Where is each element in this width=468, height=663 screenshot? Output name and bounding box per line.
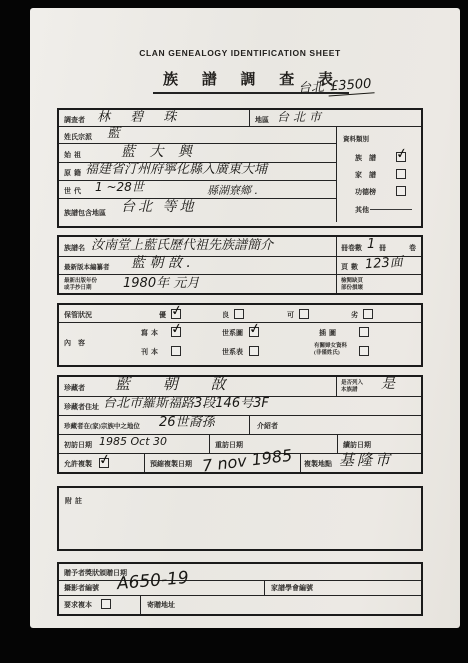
compiler-value: 藍 朝 敔 .	[131, 256, 191, 270]
keep-option-excellent: 優	[159, 310, 166, 320]
keep-option-good: 良	[222, 310, 229, 320]
keep-good-checkbox	[234, 309, 244, 319]
survey-info-box: 調查者 林 碧 珠 地區 台北市 姓氏宗派 藍 始祖 藍 大 興 原籍 福建省汀…	[57, 108, 423, 228]
content-lineage-table-checkbox	[249, 346, 259, 356]
copy-request-checkbox	[101, 599, 111, 609]
first-visit-value: 1985 Oct 30	[99, 436, 167, 447]
second-visit-label: 重訪日期	[215, 440, 243, 450]
content-illustration-checkbox	[359, 327, 369, 337]
listed-in-genealogy-value: 是	[381, 377, 395, 391]
photographer-number-value: A650-19	[116, 570, 189, 593]
generation-value: 1 ~28世	[95, 181, 144, 193]
pages-label: 頁數	[341, 262, 361, 272]
content-lineage-chart-label: 世系圖	[222, 328, 243, 338]
content-women-data-label: 有關婦女資料 (非僅姓氏)	[314, 343, 347, 357]
generation-extra-note: 縣湖寮鄉 .	[207, 185, 258, 196]
listed-in-genealogy-label: 是否列入 本族譜	[341, 380, 363, 394]
volume-unit-juan: 卷	[409, 243, 416, 253]
handwritten-catalog-number: 台北 £3500	[298, 77, 374, 95]
keep-option-fair: 可	[287, 310, 294, 320]
owner-address-label: 珍藏者住址	[64, 402, 99, 412]
third-visit-label: 續訪日期	[343, 440, 371, 450]
catalog-number: £3500	[328, 76, 374, 96]
mailing-address-label: 寄贈地址	[147, 600, 175, 610]
origin-value: 福建省汀州府寧化縣入廣東大埔	[85, 163, 267, 176]
owner-visit-box: 珍藏者 藍 朝 敔 是否列入 本族譜 是 珍藏者住址 台北市羅斯福路3段146号…	[57, 375, 423, 474]
scanned-form-page: CLAN GENEALOGY IDENTIFICATION SHEET 族 譜 …	[30, 8, 460, 628]
keep-condition-label: 保管狀況	[64, 310, 92, 320]
keep-option-poor: 劣	[351, 310, 358, 320]
volume-count-label: 冊卷數	[341, 243, 362, 253]
category-option-label: 功德榜	[355, 187, 376, 197]
keep-poor-checkbox	[363, 309, 373, 319]
origin-label: 原籍	[64, 168, 84, 178]
content-printed-checkbox	[171, 346, 181, 356]
content-illustration-label: 插圖	[319, 328, 339, 338]
copy-place-value: 基隆市	[339, 453, 393, 468]
pubdate-value: 1980年 元月	[123, 277, 199, 290]
notes-box: 附註	[57, 486, 423, 551]
category-label: 資料類別	[343, 134, 369, 143]
catalog-city: 台北	[298, 80, 325, 97]
content-manuscript-checkbox	[171, 327, 181, 337]
category-merit-checkbox	[396, 186, 406, 196]
compiler-label: 最新版本編纂者	[64, 262, 110, 271]
category-jiapu-checkbox	[396, 169, 406, 179]
damage-label: 檢閱缺頁 部份損壞	[341, 278, 363, 292]
genealogy-info-box: 族譜名 汝南堂上藍氏歷代祖先族譜簡介 冊卷數 1 冊 卷 最新版本編纂者 藍 朝…	[57, 235, 423, 295]
clan-label: 姓氏宗派	[64, 132, 92, 142]
region-label: 地區	[255, 115, 269, 125]
category-option-label: 族譜	[355, 153, 383, 163]
genealogy-name-label: 族譜名	[64, 243, 85, 253]
ancestor-value: 藍 大 興	[121, 145, 197, 159]
content-women-data-checkbox	[359, 346, 369, 356]
owner-position-label: 珍藏者在(家)宗族中之地位	[64, 421, 140, 430]
coverage-value: 台北 等地	[121, 200, 196, 214]
microfilm-scan-background: { "header": { "english_title": "CLAN GEN…	[0, 0, 468, 663]
owner-position-value: 26世裔孫	[159, 416, 215, 429]
volume-unit-ce: 冊	[379, 243, 386, 253]
content-label: 內容	[64, 338, 92, 348]
keep-fair-checkbox	[299, 309, 309, 319]
copy-place-label: 複製地點	[304, 459, 332, 469]
category-option-label: 家譜	[355, 170, 383, 180]
owner-label: 珍藏者	[64, 383, 85, 393]
photographer-number-label: 攝影者編號	[64, 583, 99, 593]
notes-label: 附註	[65, 496, 85, 506]
first-visit-label: 初訪日期	[64, 440, 92, 450]
pages-value: 123面	[365, 256, 404, 272]
admin-box: 贈予者獎狀頒贈日期 攝影者編號 A650-19 家譜學會編號 要求複本 寄贈地址	[57, 562, 423, 616]
copy-permit-label: 允許複製	[64, 459, 92, 469]
pubdate-label: 最新出版年份 或手抄日期	[64, 278, 97, 292]
genealogy-name-value: 汝南堂上藍氏歷代祖先族譜簡介	[91, 239, 273, 252]
society-number-label: 家譜學會編號	[271, 583, 313, 593]
content-manuscript-label: 寫本	[141, 328, 161, 338]
english-title: CLAN GENEALOGY IDENTIFICATION SHEET	[57, 48, 423, 58]
copy-request-label: 要求複本	[64, 600, 92, 610]
category-zupu-checkbox	[396, 152, 406, 162]
copy-permit-checkbox	[99, 458, 109, 468]
owner-address-value: 台北市羅斯福路3段146号3F	[103, 397, 269, 410]
ancestor-label: 始祖	[64, 150, 84, 160]
content-printed-label: 刊本	[141, 347, 161, 357]
keep-excellent-checkbox	[171, 309, 181, 319]
owner-value: 藍 朝 敔	[115, 377, 240, 392]
volume-count-value: 1	[367, 238, 375, 251]
copy-date-label: 預縮複製日期	[150, 459, 192, 469]
surveyor-label: 調查者	[64, 115, 85, 125]
content-lineage-chart-checkbox	[249, 327, 259, 337]
category-other-label: 其他	[355, 205, 412, 215]
coverage-label: 族譜包含地區	[64, 208, 106, 218]
introducer-label: 介紹者	[257, 421, 278, 431]
content-lineage-table-label: 世系表	[222, 347, 243, 357]
blank-line	[370, 209, 412, 210]
generation-label: 世代	[64, 186, 84, 196]
surveyor-value: 林 碧 珠	[97, 111, 184, 124]
copy-date-value: 7 nov 1985	[201, 448, 293, 475]
condition-content-box: 保管狀況 優 良 可 劣 內容 寫本 世系圖 插圖 刊本 世系表 有關婦女資料 …	[57, 303, 423, 367]
region-value: 台北市	[277, 111, 325, 123]
clan-value: 藍	[107, 127, 120, 140]
